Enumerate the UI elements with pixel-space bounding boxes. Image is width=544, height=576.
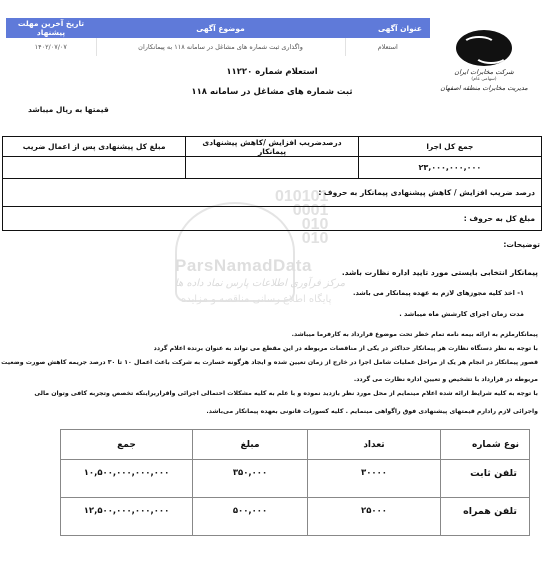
row-amount: ۵۰۰,۰۰۰	[193, 498, 308, 536]
percent-in-words-row: درصد ضریب افزایش / کاهش پیشنهادی پیمانکا…	[3, 179, 542, 207]
value-total-execution: ۲۳,۰۰۰,۰۰۰,۰۰۰	[358, 157, 541, 179]
amount-in-words-row: مبلغ کل به حروف :	[3, 207, 542, 231]
value-total-after-factor-field[interactable]	[3, 157, 186, 179]
note-item: مدت زمان اجرای کارشش ماه میباشد .	[399, 310, 524, 318]
note-item: پیمانکارملزم به ارائه بیمه نامه تمام خطر…	[292, 331, 538, 338]
row-count: ۲۵۰۰۰	[308, 498, 441, 536]
numbers-table-header-row: نوع شماره تعداد مبلغ جمع	[61, 430, 530, 460]
inquiry-title: استعلام شماره ۱۱۲۲۰	[0, 67, 544, 77]
header-sum: جمع	[61, 430, 193, 460]
column-header-deadline: تاریخ آخرین مهلت پیشنهاد	[6, 18, 96, 38]
bid-table: جمع کل اجرا درصدضریب افزایش /کاهش پیشنها…	[2, 136, 542, 231]
row-number-type: تلفن همراه	[441, 498, 530, 536]
notice-subject: واگذاری ثبت شماره های مشاغل در سامانه ۱۱…	[96, 38, 345, 56]
row-amount: ۳۵۰,۰۰۰	[193, 460, 308, 498]
table-row: تلفن همراه ۲۵۰۰۰ ۵۰۰,۰۰۰ ۱۲,۵۰۰,۰۰۰,۰۰۰,…	[61, 498, 530, 536]
value-percent-factor-field[interactable]	[186, 157, 358, 179]
notes-label: توضیحات:	[503, 240, 540, 249]
note-item: قصور پیمانکار در انجام هر یک از مراحل عم…	[0, 359, 538, 366]
column-header-title: عنوان آگهی	[345, 18, 430, 38]
inquiry-subtitle: ثبت شماره های مشاغل در سامانه ۱۱۸	[0, 87, 544, 97]
notice-deadline: ۱۴۰۲/۰۷/۰۷	[6, 38, 96, 56]
row-count: ۳۰۰۰۰	[308, 460, 441, 498]
header-count: تعداد	[308, 430, 441, 460]
table-row: تلفن ثابت ۳۰۰۰۰ ۳۵۰,۰۰۰ ۱۰,۵۰۰,۰۰۰,۰۰۰,۰…	[61, 460, 530, 498]
price-currency-note: قیمتها به ریال میباشد	[28, 105, 109, 114]
note-item: مربوطه در قرارداد با تشخیص و تعیین اداره…	[354, 376, 538, 383]
logo-company-type: (سهامی عام)	[434, 77, 534, 82]
bid-table-values-row: ۲۳,۰۰۰,۰۰۰,۰۰۰	[3, 157, 542, 179]
row-sum: ۱۰,۵۰۰,۰۰۰,۰۰۰,۰۰۰	[61, 460, 193, 498]
bid-table-header-row: جمع کل اجرا درصدضریب افزایش /کاهش پیشنها…	[3, 137, 542, 157]
row-sum: ۱۲,۵۰۰,۰۰۰,۰۰۰,۰۰۰	[61, 498, 193, 536]
watermark-brand: ParsNamadData	[175, 256, 312, 276]
notice-info-row: استعلام واگذاری ثبت شماره های مشاغل در س…	[6, 38, 430, 56]
percent-in-words-field[interactable]: درصد ضریب افزایش / کاهش پیشنهادی پیمانکا…	[3, 179, 542, 207]
header-number-type: نوع شماره	[441, 430, 530, 460]
header-total-after-factor: مبلغ کل پیشنهادی پس از اعمال ضریب	[3, 137, 186, 157]
header-percent-factor: درصدضریب افزایش /کاهش پیشنهادی پیمانکار	[186, 137, 358, 157]
numbers-table: نوع شماره تعداد مبلغ جمع تلفن ثابت ۳۰۰۰۰…	[60, 429, 530, 536]
note-item: پیمانکار انتخابی بایستی مورد تایید اداره…	[342, 268, 538, 277]
note-item: واجرائی لازم رادارم قیمتهای پیشنهادی فوق…	[206, 408, 538, 415]
notice-title: استعلام	[345, 38, 430, 56]
note-item: ۱- اخذ کلیه مجوزهای لازم به عهده پیمانکا…	[353, 289, 524, 297]
row-number-type: تلفن ثابت	[441, 460, 530, 498]
note-item: با توجه به نظر دستگاه نظارت هر پیمانکار …	[154, 345, 538, 352]
watermark-line1: مرکز فرآوری اطلاعات پارس نماد داده ها	[175, 278, 345, 289]
header-amount: مبلغ	[193, 430, 308, 460]
notice-info-table: عنوان آگهی موضوع آگهی تاریخ آخرین مهلت پ…	[6, 18, 430, 56]
watermark-line2: پایگاه اطلاع رسانی مناقصه و مزایده	[181, 294, 331, 305]
column-header-subject: موضوع آگهی	[96, 18, 345, 38]
amount-in-words-field[interactable]: مبلغ کل به حروف :	[3, 207, 542, 231]
telecom-emblem-icon	[456, 30, 512, 66]
notice-info-header-row: عنوان آگهی موضوع آگهی تاریخ آخرین مهلت پ…	[6, 18, 430, 38]
note-item: با توجه به کلیه شرایط ارائه شده اعلام می…	[34, 390, 538, 397]
header-total-execution: جمع کل اجرا	[358, 137, 541, 157]
